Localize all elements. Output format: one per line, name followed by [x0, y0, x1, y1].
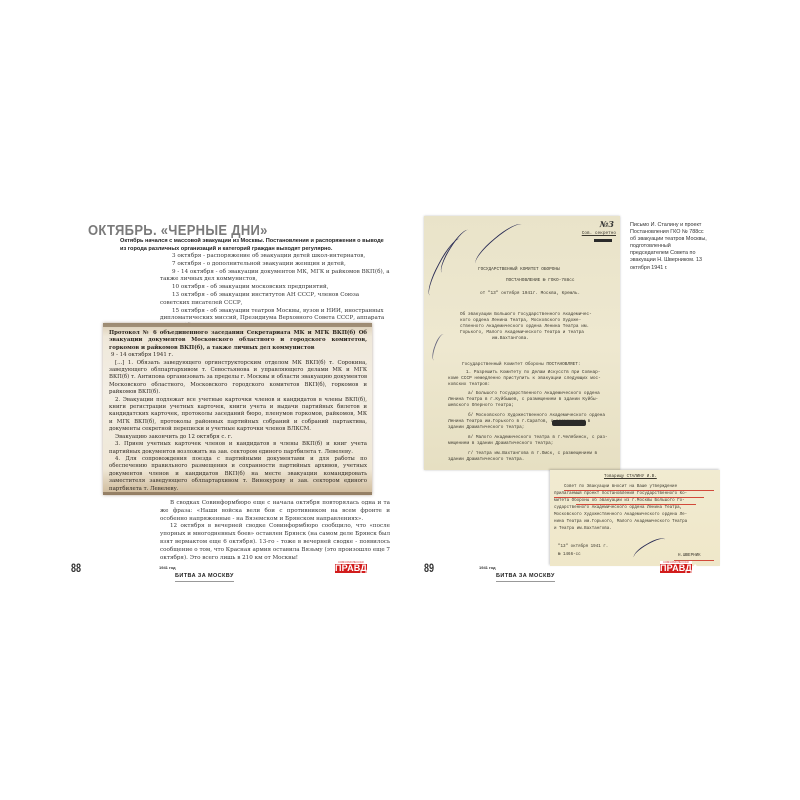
protocol-paragraph: 3. Прием учетных карточек членов и канди… [109, 441, 367, 456]
letter-line: Московского Художественного Академическо… [554, 512, 687, 519]
letter-addressee: Товарищу СТАЛИНУ И.В. [604, 474, 657, 481]
footer-year-left: 1941 год [159, 565, 176, 570]
kp-logo-right: КОМСОМОЛЬСКАЯ ПРАВДА [660, 561, 692, 575]
protocol-date: 9 - 14 октября 1941 г. [109, 352, 367, 359]
page-number-left: 88 [71, 562, 81, 575]
kp-logo-left: КОМСОМОЛЬСКАЯ ПРАВДА [335, 561, 367, 575]
gko-resolution-scan: №3 Сов. секретно ГОСУДАРСТВЕННЫЙ КОМИТЕТ… [424, 216, 620, 470]
committee-name: ГОСУДАРСТВЕННЫЙ КОМИТЕТ ОБОРОНЫ [478, 267, 560, 273]
body-line: мещением в здании Драматического театра; [448, 441, 553, 447]
body-line: здании Драматического театра; [448, 425, 524, 431]
document-caption: Письмо И. Сталину и проект Постановления… [630, 222, 710, 272]
page-number-right: 89 [424, 562, 434, 575]
body-line: Государственный Комитет Обороны ПОСТАНОВ… [462, 362, 581, 368]
timeline-item: 10 октября - об эвакуации московских пре… [160, 284, 390, 292]
letter-line: и Театра им.Вахтангова. [554, 526, 612, 533]
resolution-date: от "13" октября 1941г. Москва, Кремль. [480, 291, 580, 297]
sovinformburo-summary: В сводках Совинформбюро еще с начала окт… [160, 500, 390, 562]
protocol-paragraph: [...] 1. Обязать заведующего оргинструкт… [109, 360, 367, 397]
footer-year-right: 1941 год [479, 565, 496, 570]
body-line: здании Драматического театра. [448, 457, 524, 463]
margin-note [430, 333, 448, 362]
footer-series-right: БИТВА ЗА МОСКВУ [496, 573, 555, 582]
document-number: №3 [600, 219, 614, 229]
timeline-item: 3 октября - распоряжение об эвакуации де… [160, 253, 390, 261]
timeline-item: 13 октября - об эвакуации институтов АН … [160, 292, 390, 308]
protocol-paragraph: Эвакуацию закончить до 12 октября с. г. [109, 434, 367, 441]
body-line: шевского Оперного театра; [448, 403, 514, 409]
resolution-number: ПОСТАНОВЛЕНИЕ № ГОКО-788сс [506, 278, 575, 284]
footer-series-left: БИТВА ЗА МОСКВУ [175, 573, 234, 582]
letter-signer: Н.ШВЕРНИК [678, 553, 701, 560]
evacuation-timeline: 3 октября - распоряжение об эвакуации де… [160, 253, 390, 331]
body-line: ковских театров: [448, 382, 490, 388]
red-underline [576, 504, 696, 505]
shvernik-signature [631, 535, 668, 563]
summary-paragraph: 12 октября в вечерней сводке Совинформбю… [160, 523, 390, 562]
timeline-item: 7 октября - о дополнительной эвакуации ж… [160, 261, 390, 269]
redaction-mark [594, 239, 612, 242]
protocol-heading: Протокол № 6 объединенного заседания Сек… [109, 330, 367, 352]
protocol-paragraph: 4. Для сопровождения поезда с партийными… [109, 456, 367, 493]
chapter-title: ОКТЯБРЬ. «ЧЕРНЫЕ ДНИ» [88, 221, 268, 238]
subject-line: им.Вахтангова. [492, 336, 529, 342]
summary-paragraph: В сводках Совинформбюро еще с начала окт… [160, 500, 390, 523]
letter-line: нина Театра им.Горького, Малого Академич… [554, 519, 687, 526]
red-underline [554, 497, 704, 498]
red-underline [564, 490, 714, 491]
timeline-item: 9 - 14 октября - об эвакуации документов… [160, 269, 390, 285]
ink-blot [552, 420, 586, 426]
stalin-signature [471, 219, 527, 269]
secrecy-mark: Сов. секретно [582, 231, 616, 236]
letter-ref: № 1466-сс [558, 552, 581, 559]
handwritten-signature [436, 227, 474, 276]
shvernik-letter-scan: Товарищу СТАЛИНУ И.В. Совет по Эвакуации… [550, 470, 720, 566]
protocol-excerpt: Протокол № 6 объединенного заседания Сек… [103, 323, 372, 495]
protocol-paragraph: 2. Эвакуации подлежат все учетные карточ… [109, 397, 367, 434]
letter-date: "13" октября 1941 г. [558, 544, 608, 551]
chapter-lead: Октябрь начался с массовой эвакуации из … [120, 237, 390, 253]
letter-line: сударственного Академического ордена Лен… [554, 505, 682, 512]
